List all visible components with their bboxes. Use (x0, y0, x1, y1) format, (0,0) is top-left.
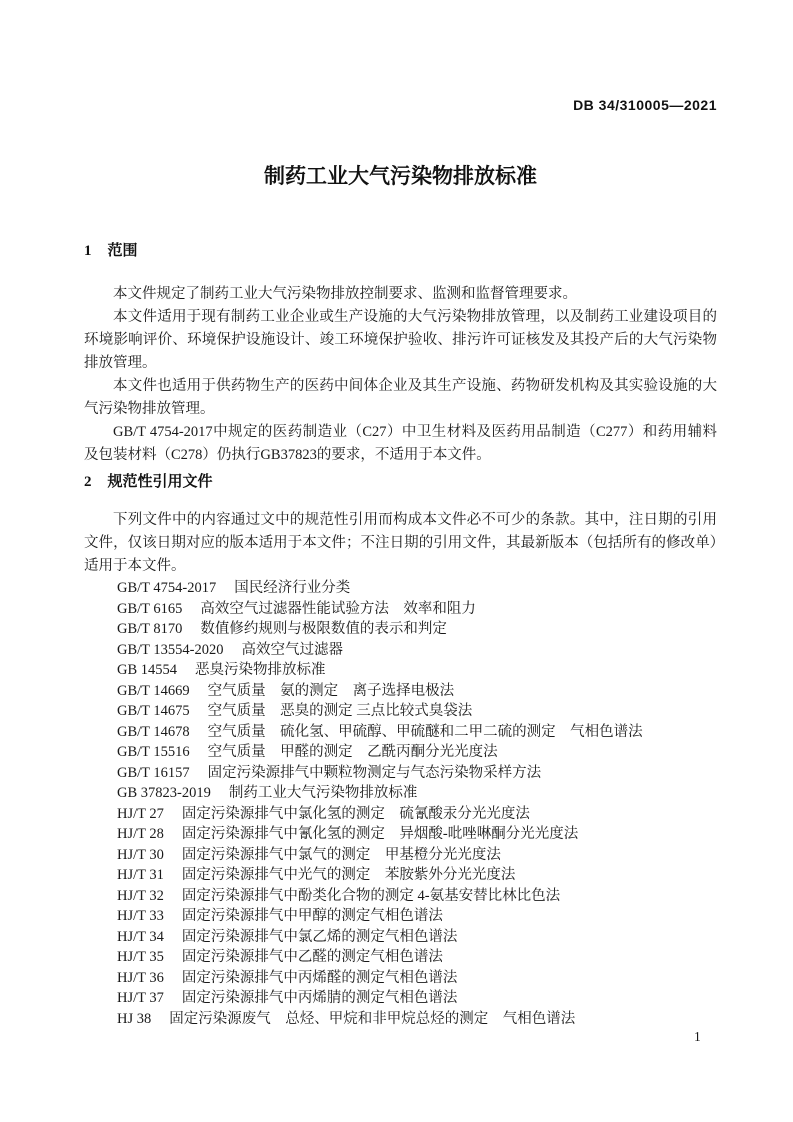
section-scope-heading: 1范围 (84, 242, 717, 260)
reference-item: GB/T 6165高效空气过滤器性能试验方法 效率和阻力 (117, 599, 717, 620)
reference-title: 固定污染源排气中氯乙烯的测定气相色谱法 (182, 929, 458, 945)
reference-item: GB 37823-2019制药工业大气污染物排放标准 (117, 783, 717, 804)
reference-item: HJ/T 28固定污染源排气中氰化氢的测定 异烟酸-吡唑啉酮分光光度法 (117, 824, 717, 845)
section-scope-number: 1 (84, 243, 92, 259)
reference-title: 制药工业大气污染物排放标准 (229, 785, 418, 801)
reference-title: 固定污染源排气中乙醛的测定气相色谱法 (182, 949, 443, 965)
reference-code: GB/T 14675 (117, 701, 190, 722)
reference-item: GB/T 4754-2017国民经济行业分类 (117, 578, 717, 599)
reference-item: GB/T 14678空气质量 硫化氢、甲硫醇、甲硫醚和二甲二硫的测定 气相色谱法 (117, 722, 717, 743)
reference-title: 固定污染源排气中甲醇的测定气相色谱法 (182, 908, 443, 924)
reference-code: HJ/T 35 (117, 947, 164, 968)
document-page: DB 34/310005—2021 制药工业大气污染物排放标准 1范围 本文件规… (0, 0, 793, 1122)
reference-item: HJ/T 36固定污染源排气中丙烯醛的测定气相色谱法 (117, 968, 717, 989)
reference-list: GB/T 4754-2017国民经济行业分类GB/T 6165高效空气过滤器性能… (84, 578, 717, 1029)
reference-title: 固定污染源废气 总烃、甲烷和非甲烷总烃的测定 气相色谱法 (169, 1011, 575, 1027)
reference-code: GB/T 8170 (117, 619, 182, 640)
reference-title: 固定污染源排气中丙烯醛的测定气相色谱法 (182, 970, 458, 986)
reference-item: GB/T 15516空气质量 甲醛的测定 乙酰丙酮分光光度法 (117, 742, 717, 763)
scope-paragraph-1: 本文件规定了制药工业大气污染物排放控制要求、监测和监督管理要求。 (84, 283, 717, 306)
reference-code: HJ/T 33 (117, 906, 164, 927)
reference-code: HJ/T 37 (117, 988, 164, 1009)
reference-title: 固定污染源排气中氰化氢的测定 异烟酸-吡唑啉酮分光光度法 (182, 826, 578, 842)
reference-code: HJ/T 36 (117, 968, 164, 989)
reference-code: GB 37823-2019 (117, 783, 211, 804)
reference-item: GB/T 14675空气质量 恶臭的测定 三点比较式臭袋法 (117, 701, 717, 722)
reference-item: HJ/T 31固定污染源排气中光气的测定 苯胺紫外分光光度法 (117, 865, 717, 886)
reference-title: 国民经济行业分类 (234, 580, 350, 596)
reference-item: GB/T 13554-2020高效空气过滤器 (117, 640, 717, 661)
section-normative-references: 2规范性引用文件 下列文件中的内容通过文中的规范性引用而构成本文件必不可少的条款… (84, 473, 717, 1029)
section-references-title: 规范性引用文件 (108, 473, 213, 490)
standard-code: DB 34/310005—2021 (84, 97, 717, 113)
reference-title: 恶臭污染物排放标准 (195, 662, 326, 678)
section-scope-title: 范围 (108, 242, 138, 259)
reference-title: 数值修约规则与极限数值的表示和判定 (200, 621, 447, 637)
reference-code: GB/T 6165 (117, 599, 182, 620)
reference-code: GB/T 13554-2020 (117, 640, 223, 661)
reference-code: HJ 38 (117, 1009, 151, 1030)
reference-item: HJ/T 30固定污染源排气中氯气的测定 甲基橙分光光度法 (117, 845, 717, 866)
scope-paragraph-4: GB/T 4754-2017中规定的医药制造业（C27）中卫生材料及医药用品制造… (84, 421, 717, 467)
reference-item: HJ/T 32固定污染源排气中酚类化合物的测定 4-氨基安替比林比色法 (117, 886, 717, 907)
reference-code: GB 14554 (117, 660, 177, 681)
document-title: 制药工业大气污染物排放标准 (84, 165, 717, 189)
reference-code: GB/T 14669 (117, 681, 190, 702)
reference-code: HJ/T 27 (117, 804, 164, 825)
reference-title: 固定污染源排气中酚类化合物的测定 4-氨基安替比林比色法 (182, 888, 560, 904)
reference-title: 固定污染源排气中丙烯腈的测定气相色谱法 (182, 990, 458, 1006)
section-references-heading: 2规范性引用文件 (84, 473, 717, 491)
reference-item: GB/T 14669空气质量 氨的测定 离子选择电极法 (117, 681, 717, 702)
reference-code: HJ/T 30 (117, 845, 164, 866)
reference-code: HJ/T 28 (117, 824, 164, 845)
references-intro-paragraph: 下列文件中的内容通过文中的规范性引用而构成本文件必不可少的条款。其中，注日期的引… (84, 509, 717, 578)
reference-title: 高效空气过滤器 (241, 642, 343, 658)
reference-item: GB/T 16157固定污染源排气中颗粒物测定与气态污染物采样方法 (117, 763, 717, 784)
section-scope: 1范围 本文件规定了制药工业大气污染物排放控制要求、监测和监督管理要求。 本文件… (84, 242, 717, 467)
reference-code: GB/T 16157 (117, 763, 190, 784)
reference-title: 空气质量 氨的测定 离子选择电极法 (208, 683, 455, 699)
reference-title: 空气质量 甲醛的测定 乙酰丙酮分光光度法 (208, 744, 498, 760)
reference-title: 空气质量 恶臭的测定 三点比较式臭袋法 (208, 703, 473, 719)
reference-item: HJ/T 33固定污染源排气中甲醇的测定气相色谱法 (117, 906, 717, 927)
reference-item: GB/T 8170数值修约规则与极限数值的表示和判定 (117, 619, 717, 640)
reference-title: 固定污染源排气中光气的测定 苯胺紫外分光光度法 (182, 867, 516, 883)
reference-title: 固定污染源排气中氯化氢的测定 硫氰酸汞分光光度法 (182, 806, 530, 822)
scope-paragraph-2: 本文件适用于现有制药工业企业或生产设施的大气污染物排放管理，以及制药工业建设项目… (84, 306, 717, 375)
scope-paragraph-3: 本文件也适用于供药物生产的医药中间体企业及其生产设施、药物研发机构及其实验设施的… (84, 375, 717, 421)
reference-item: HJ/T 35固定污染源排气中乙醛的测定气相色谱法 (117, 947, 717, 968)
reference-title: 空气质量 硫化氢、甲硫醇、甲硫醚和二甲二硫的测定 气相色谱法 (208, 724, 643, 740)
reference-code: HJ/T 31 (117, 865, 164, 886)
reference-title: 固定污染源排气中颗粒物测定与气态污染物采样方法 (208, 765, 542, 781)
reference-item: HJ/T 27固定污染源排气中氯化氢的测定 硫氰酸汞分光光度法 (117, 804, 717, 825)
reference-code: GB/T 14678 (117, 722, 190, 743)
reference-item: GB 14554恶臭污染物排放标准 (117, 660, 717, 681)
reference-code: GB/T 4754-2017 (117, 578, 216, 599)
reference-title: 固定污染源排气中氯气的测定 甲基橙分光光度法 (182, 847, 501, 863)
section-references-number: 2 (84, 474, 92, 490)
reference-item: HJ 38固定污染源废气 总烃、甲烷和非甲烷总烃的测定 气相色谱法 (117, 1009, 717, 1030)
reference-item: HJ/T 37固定污染源排气中丙烯腈的测定气相色谱法 (117, 988, 717, 1009)
reference-code: HJ/T 32 (117, 886, 164, 907)
reference-code: GB/T 15516 (117, 742, 190, 763)
page-number: 1 (694, 1029, 701, 1045)
reference-title: 高效空气过滤器性能试验方法 效率和阻力 (200, 601, 476, 617)
reference-item: HJ/T 34固定污染源排气中氯乙烯的测定气相色谱法 (117, 927, 717, 948)
reference-code: HJ/T 34 (117, 927, 164, 948)
